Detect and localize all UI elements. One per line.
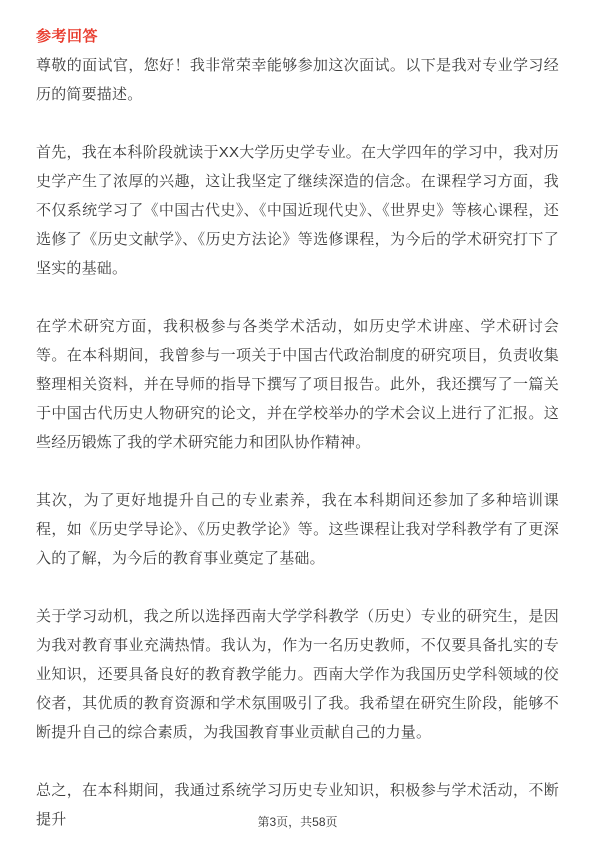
paragraph-undergraduate-study: 首先，我在本科阶段就读于XX大学历史学专业。在大学四年的学习中，我对历史学产生了… [36, 138, 559, 283]
document-content: 参考回答 尊敬的面试官，您好！我非常荣幸能够参加这次面试。以下是我对专业学习经历… [0, 0, 595, 834]
document-page: 参考回答 尊敬的面试官，您好！我非常荣幸能够参加这次面试。以下是我对专业学习经历… [0, 0, 595, 842]
paragraph-academic-research: 在学术研究方面，我积极参与各类学术活动，如历史学术讲座、学术研讨会等。在本科期间… [36, 312, 559, 457]
paragraph-greeting: 尊敬的面试官，您好！我非常荣幸能够参加这次面试。以下是我对专业学习经历的简要描述… [36, 51, 559, 109]
paragraph-training-courses: 其次，为了更好地提升自己的专业素养，我在本科期间还参加了多种培训课程，如《历史学… [36, 486, 559, 573]
reference-answer-heading: 参考回答 [36, 22, 559, 51]
paragraph-motivation: 关于学习动机，我之所以选择西南大学学科教学（历史）专业的研究生，是因为我对教育事… [36, 602, 559, 747]
page-number-footer: 第3页，共58页 [0, 815, 595, 829]
